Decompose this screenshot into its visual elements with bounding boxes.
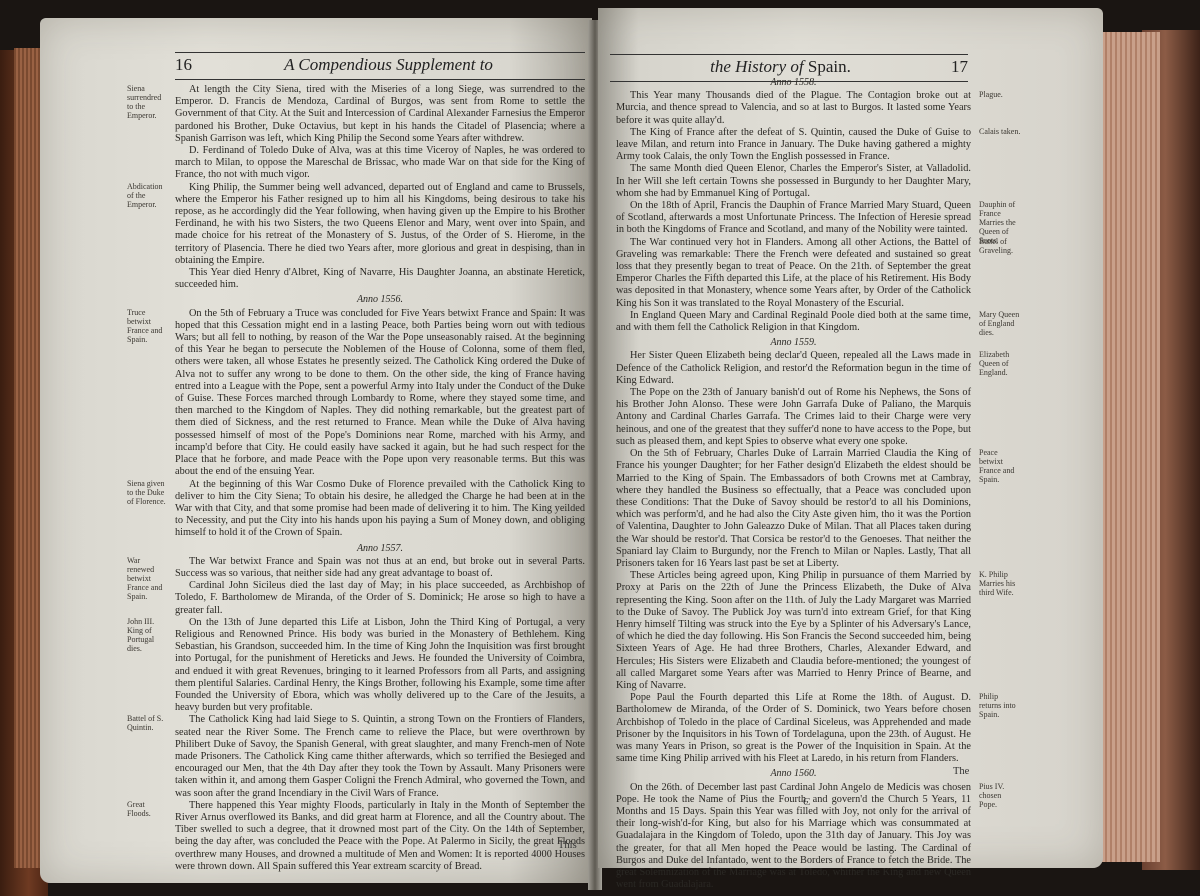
- year-heading: Anno 1558.: [616, 77, 971, 89]
- margin-note: Siena surrendred to the Emperor.: [127, 84, 169, 120]
- paragraph: The War continued very hot in Flanders. …: [616, 237, 971, 310]
- paragraph: On the 13th of June departed this Life a…: [175, 617, 585, 715]
- margin-note: Elizabeth Queen of England.: [979, 350, 1021, 377]
- margin-note: Peace betwixt France and Spain.: [979, 448, 1021, 484]
- year-heading: Anno 1556.: [175, 294, 585, 306]
- paragraph: On the 5th of February a Truce was concl…: [175, 308, 585, 479]
- paragraph: King Philip, the Summer being well advan…: [175, 182, 585, 267]
- paragraph-text: The Pope on the 23th of January banish'd…: [616, 387, 971, 447]
- paragraph-text: The War continued very hot in Flanders. …: [616, 237, 971, 309]
- margin-note: Battel of S. Quintin.: [127, 714, 169, 732]
- catchword: This: [558, 840, 577, 851]
- margin-note: Pius IV. chosen Pope.: [979, 782, 1021, 809]
- paragraph-text: Anno 1558.: [770, 77, 816, 88]
- paragraph: Her Sister Queen Elizabeth being declar'…: [616, 350, 971, 387]
- margin-note: War renewed betwixt France and Spain.: [127, 556, 169, 601]
- margin-note: John III. King of Portugal dies.: [127, 617, 169, 653]
- paragraph: The King of France after the defeat of S…: [616, 127, 971, 164]
- paragraph-text: On the 5th of February a Truce was concl…: [175, 308, 585, 478]
- margin-note: Philip returns into Spain.: [979, 692, 1021, 719]
- paragraph-text: This Year died Henry d'Albret, King of N…: [175, 267, 585, 290]
- paragraph: The same Month died Queen Elenor, Charle…: [616, 163, 971, 200]
- paragraph-text: The King of France after the defeat of S…: [616, 127, 971, 162]
- paragraph: On the 18th of April, Francis the Dauphi…: [616, 200, 971, 237]
- margin-note: Mary Queen of England dies.: [979, 310, 1021, 337]
- year-heading: Anno 1560.: [616, 768, 971, 780]
- paragraph: This Year died Henry d'Albret, King of N…: [175, 267, 585, 291]
- paragraph: The War betwixt France and Spain was not…: [175, 556, 585, 580]
- catchword: The: [953, 766, 969, 777]
- paragraph-text: Pope Paul the Fourth departed this Life …: [616, 692, 971, 764]
- paragraph-text: Anno 1556.: [357, 294, 403, 305]
- right-page-body: Anno 1558.This Year many Thousands died …: [616, 74, 971, 891]
- margin-note: K. Philip Marries his third Wife.: [979, 570, 1021, 597]
- paragraph-text: D. Ferdinand of Toledo Duke of Alva, was…: [175, 145, 585, 180]
- paragraph: On the 26th. of December last past Cardi…: [616, 782, 971, 892]
- paragraph-text: Anno 1557.: [357, 543, 403, 554]
- paragraph-text: On the 5th of February, Charles Duke of …: [616, 448, 971, 569]
- paragraph-text: Cardinal John Sicileus died the last day…: [175, 580, 585, 615]
- paragraph-text: On the 26th. of December last past Cardi…: [616, 782, 971, 891]
- paragraph: The Catholick King had laid Siege to S. …: [175, 714, 585, 799]
- paragraph-text: At length the City Siena, tired with the…: [175, 84, 585, 144]
- paragraph-text: At the beginning of this War Cosmo Duke …: [175, 479, 585, 539]
- left-page: 16 A Compendious Supplement to At length…: [40, 18, 592, 883]
- paragraph-text: On the 18th of April, Francis the Dauphi…: [616, 200, 971, 235]
- paragraph-text: The War betwixt France and Spain was not…: [175, 556, 585, 579]
- paragraph-text: In England Queen Mary and Cardinal Regin…: [616, 310, 971, 333]
- margin-note: Truce betwixt France and Spain.: [127, 308, 169, 344]
- paragraph-text: These Articles being agreed upon, King P…: [616, 570, 971, 691]
- paragraph: Cardinal John Sicileus died the last day…: [175, 580, 585, 617]
- paragraph-text: Anno 1559.: [770, 337, 816, 348]
- paragraph-text: This Year many Thousands died of the Pla…: [616, 90, 971, 125]
- margin-note: Abdication of the Emperor.: [127, 182, 169, 209]
- running-head-left: 16 A Compendious Supplement to: [175, 52, 585, 80]
- paragraph-text: Anno 1560.: [770, 768, 816, 779]
- margin-note: Plague.: [979, 90, 1021, 99]
- running-title: A Compendious Supplement to: [192, 55, 585, 75]
- paragraph-text: There happened this Year mighty Floods, …: [175, 800, 585, 872]
- year-heading: Anno 1559.: [616, 337, 971, 349]
- paragraph: D. Ferdinand of Toledo Duke of Alva, was…: [175, 145, 585, 182]
- left-page-body: At length the City Siena, tired with the…: [175, 84, 585, 873]
- page-edges-right: [1100, 32, 1160, 862]
- signature-mark: C: [803, 796, 810, 808]
- right-page: the History of Spain. 17 Anno 1558.This …: [598, 8, 1103, 868]
- paragraph-text: On the 13th of June departed this Life a…: [175, 617, 585, 713]
- paragraph: At the beginning of this War Cosmo Duke …: [175, 479, 585, 540]
- margin-note: Battel of Graveling.: [979, 237, 1021, 255]
- paragraph-text: The same Month died Queen Elenor, Charle…: [616, 163, 971, 198]
- paragraph: These Articles being agreed upon, King P…: [616, 570, 971, 692]
- paragraph-text: The Catholick King had laid Siege to S. …: [175, 714, 585, 798]
- paragraph: In England Queen Mary and Cardinal Regin…: [616, 310, 971, 334]
- paragraph: There happened this Year mighty Floods, …: [175, 800, 585, 873]
- margin-note: Calais taken.: [979, 127, 1021, 136]
- margin-note: Great Floods.: [127, 800, 169, 818]
- paragraph: The Pope on the 23th of January banish'd…: [616, 387, 971, 448]
- paragraph: At length the City Siena, tired with the…: [175, 84, 585, 145]
- paragraph: This Year many Thousands died of the Pla…: [616, 90, 971, 127]
- margin-note: Siena given to the Duke of Florence.: [127, 479, 169, 506]
- paragraph: Pope Paul the Fourth departed this Life …: [616, 692, 971, 765]
- paragraph: On the 5th of February, Charles Duke of …: [616, 448, 971, 570]
- page-number: 16: [175, 55, 192, 75]
- paragraph-text: King Philip, the Summer being well advan…: [175, 182, 585, 266]
- year-heading: Anno 1557.: [175, 543, 585, 555]
- paragraph-text: Her Sister Queen Elizabeth being declar'…: [616, 350, 971, 385]
